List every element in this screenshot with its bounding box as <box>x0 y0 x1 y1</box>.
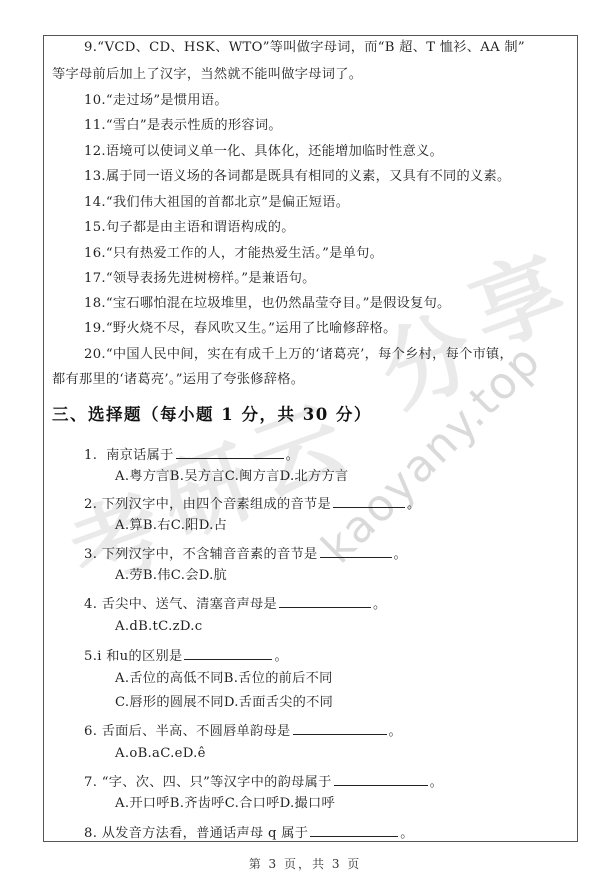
option-a[interactable]: A.劳 <box>115 568 143 583</box>
option-b[interactable]: B.吴方言 <box>170 469 225 484</box>
option-a[interactable]: A.o <box>115 746 138 761</box>
answer-blank[interactable] <box>333 493 405 508</box>
answer-blank[interactable] <box>320 543 392 558</box>
option-a[interactable]: A.d <box>115 619 138 634</box>
option-c[interactable]: C.合口呼 <box>225 796 280 811</box>
option-b[interactable]: B.舌位的前后不同 <box>224 671 333 686</box>
item-17: 17.“领导表扬先进树榜样。”是兼语句。 <box>84 270 316 288</box>
question-4: 4. 舌尖中、送气、清塞音声母是。 <box>84 593 387 614</box>
option-a[interactable]: A.粤方言 <box>115 469 170 484</box>
option-b[interactable]: B.t <box>138 619 158 634</box>
question-7: 7. “字、次、四、只”等汉字中的韵母属于。 <box>84 771 443 792</box>
answer-blank[interactable] <box>310 822 398 837</box>
item-19: 19.“野火烧不尽，春风吹又生。”运用了比喻修辞格。 <box>84 320 397 338</box>
option-c[interactable]: C.e <box>160 746 183 761</box>
option-d[interactable]: D.舌面舌尖的不同 <box>224 695 333 710</box>
item-14: 14.“我们伟大祖国的首都北京”是偏正短语。 <box>84 194 349 212</box>
question-1: 1. 南京话属于。 <box>84 444 299 465</box>
section-heading: 三、选择题（每小题 1 分，共 30 分） <box>52 401 372 425</box>
item-12: 12.语境可以使词义单一化、具体化，还能增加临时性意义。 <box>84 143 443 161</box>
option-b[interactable]: B.齐齿呼 <box>170 796 225 811</box>
question-5: 5.i 和u的区别是。 <box>84 645 288 666</box>
option-b[interactable]: B.右 <box>143 518 171 533</box>
item-18: 18.“宝石哪怕混在垃圾堆里，也仍然晶莹夺目。”是假设复句。 <box>84 295 451 313</box>
item-9-line-2: 等字母前后加上了汉字，当然就不能叫做字母词了。 <box>52 66 362 84</box>
question-4-options: A.dB.tC.zD.c <box>115 618 202 636</box>
page-number: 第 3 页，共 3 页 <box>0 855 610 872</box>
option-a[interactable]: A.舌位的高低不同 <box>115 671 224 686</box>
option-c[interactable]: C.z <box>158 619 180 634</box>
question-5-options-row-1: A.舌位的高低不同B.舌位的前后不同 <box>115 670 333 688</box>
question-8: 8. 从发音方法看，普通话声母 q 属于。 <box>84 822 414 843</box>
option-d[interactable]: D.c <box>180 619 203 634</box>
question-7-options: A.开口呼B.齐齿呼C.合口呼D.撮口呼 <box>115 795 335 813</box>
question-3-options: A.劳B.伟C.会D.肮 <box>115 567 227 585</box>
answer-blank[interactable] <box>334 771 428 786</box>
question-1-options: A.粤方言B.吴方言C.闽方言D.北方方言 <box>115 468 348 486</box>
item-13: 13.属于同一语义场的各词都是既具有相同的义素，又具有不同的义素。 <box>84 168 511 186</box>
answer-blank[interactable] <box>184 645 272 660</box>
question-6-options: A.oB.aC.eD.ê <box>115 745 206 763</box>
question-5-options-row-2: C.唇形的圆展不同D.舌面舌尖的不同 <box>115 694 333 712</box>
option-c[interactable]: C.阳 <box>171 518 199 533</box>
option-d[interactable]: D.北方方言 <box>280 469 349 484</box>
question-2-options: A.算B.右C.阳D.占 <box>115 517 227 535</box>
option-a[interactable]: A.开口呼 <box>115 796 170 811</box>
item-20-line-2: 都有那里的‘诸葛亮’。”运用了夸张修辞格。 <box>52 371 304 389</box>
item-16: 16.“只有热爱工作的人，才能热爱生活。”是单句。 <box>84 245 383 263</box>
item-11: 11.“雪白”是表示性质的形容词。 <box>84 117 282 135</box>
item-10: 10.“走过场”是惯用语。 <box>84 92 228 110</box>
option-c[interactable]: C.闽方言 <box>225 469 280 484</box>
option-b[interactable]: B.伟 <box>143 568 171 583</box>
option-d[interactable]: D.撮口呼 <box>280 796 335 811</box>
item-20-line-1: 20.“中国人民中间，实在有成千上万的‘诸葛亮’，每个乡村，每个市镇， <box>84 346 513 364</box>
item-9-line-1: 9.“VCD、CD、HSK、WTO”等叫做字母词，而“B 超、T 恤衫、AA 制… <box>84 39 525 57</box>
option-d[interactable]: D.ê <box>183 746 206 761</box>
option-c[interactable]: C.会 <box>171 568 199 583</box>
item-15: 15.句子都是由主语和谓语构成的。 <box>84 219 295 237</box>
option-c[interactable]: C.唇形的圆展不同 <box>115 695 224 710</box>
answer-blank[interactable] <box>293 720 387 735</box>
question-6: 6. 舌面后、半高、不圆唇单韵母是。 <box>84 720 402 741</box>
option-d[interactable]: D.肮 <box>199 568 227 583</box>
answer-blank[interactable] <box>176 444 284 459</box>
option-a[interactable]: A.算 <box>115 518 143 533</box>
option-b[interactable]: B.a <box>138 746 161 761</box>
question-2: 2. 下列汉字中，由四个音素组成的音节是。 <box>84 493 420 514</box>
answer-blank[interactable] <box>279 593 371 608</box>
option-d[interactable]: D.占 <box>199 518 227 533</box>
question-3: 3. 下列汉字中，不含辅音音素的音节是。 <box>84 543 407 564</box>
